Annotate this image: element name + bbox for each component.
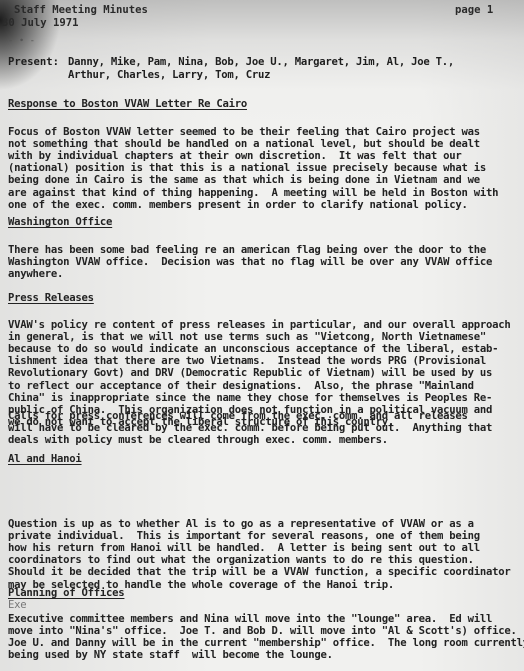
- text-line: in general, is that we will not use term…: [8, 331, 486, 343]
- section-heading: Response to Boston VVAW Letter Re Cairo: [8, 98, 247, 110]
- struck-text: Exe: [8, 599, 26, 611]
- text-line: private individual. This is important fo…: [8, 530, 480, 542]
- text-line: (national) position is that this is a na…: [8, 162, 486, 174]
- text-line: There has been some bad feeling re an am…: [8, 244, 486, 256]
- section-heading: Press Releases: [8, 292, 94, 304]
- text-line: Question is up as to whether Al is to go…: [8, 518, 474, 530]
- text-line: one of the exec. comm. members present i…: [8, 199, 468, 211]
- text-line: are against that kind of thing happening…: [8, 187, 498, 199]
- text-line: Calls for press conferences will come fr…: [8, 410, 468, 422]
- smudge-mark: - ∙ -: [8, 36, 35, 46]
- text-line: Washington VVAW office. Decision was tha…: [8, 256, 492, 268]
- scanned-page: Staff Meeting Minutes 30 July 1971 page …: [0, 0, 524, 671]
- text-line: Should it be decided that the trip will …: [8, 566, 511, 578]
- section-heading: Planning of Offices: [8, 587, 124, 599]
- text-line: coordinators to find out what the organi…: [8, 554, 474, 566]
- text-line: China" is inappropriate since the name t…: [8, 392, 492, 404]
- text-line: move into "Nina's" office. Joe T. and Bo…: [8, 625, 517, 637]
- page-number: page 1: [455, 4, 493, 16]
- section-heading: Washington Office: [8, 216, 112, 228]
- text-line: Joe U. and Danny will be in the current …: [8, 637, 524, 649]
- text-line: deals with policy must be cleared throug…: [8, 434, 388, 446]
- text-line: how his return from Hanoi will be handle…: [8, 542, 480, 554]
- text-line: because to do so would indicate an uncon…: [8, 343, 498, 355]
- text-line: VVAW's policy re content of press releas…: [8, 319, 511, 331]
- text-line: Focus of Boston VVAW letter seemed to be…: [8, 126, 480, 138]
- present-line-2: Arthur, Charles, Larry, Tom, Cruz: [68, 69, 270, 81]
- present-label: Present:: [8, 56, 59, 68]
- text-line: lishment idea that there are two Vietnam…: [8, 355, 486, 367]
- text-line: with by individual chapters at their own…: [8, 150, 461, 162]
- document-title: Staff Meeting Minutes: [14, 4, 148, 16]
- text-line: Revolutionary Govt) and DRV (Democratic …: [8, 367, 492, 379]
- document-date: 30 July 1971: [2, 17, 79, 29]
- text-line: will have to be cleared by the exec. com…: [8, 422, 492, 434]
- present-line-1: Danny, Mike, Pam, Nina, Bob, Joe U., Mar…: [68, 56, 454, 68]
- text-line: being done in Cairo is the same as that …: [8, 174, 480, 186]
- section-heading: Al and Hanoi: [8, 453, 82, 465]
- text-line: being used by NY state staff will become…: [8, 649, 333, 661]
- text-line: to reflect our acceptance of their desig…: [8, 380, 474, 392]
- text-line: Executive committee members and Nina wil…: [8, 613, 492, 625]
- text-line: not something that should be handled on …: [8, 138, 480, 150]
- text-line: anywhere.: [8, 268, 63, 280]
